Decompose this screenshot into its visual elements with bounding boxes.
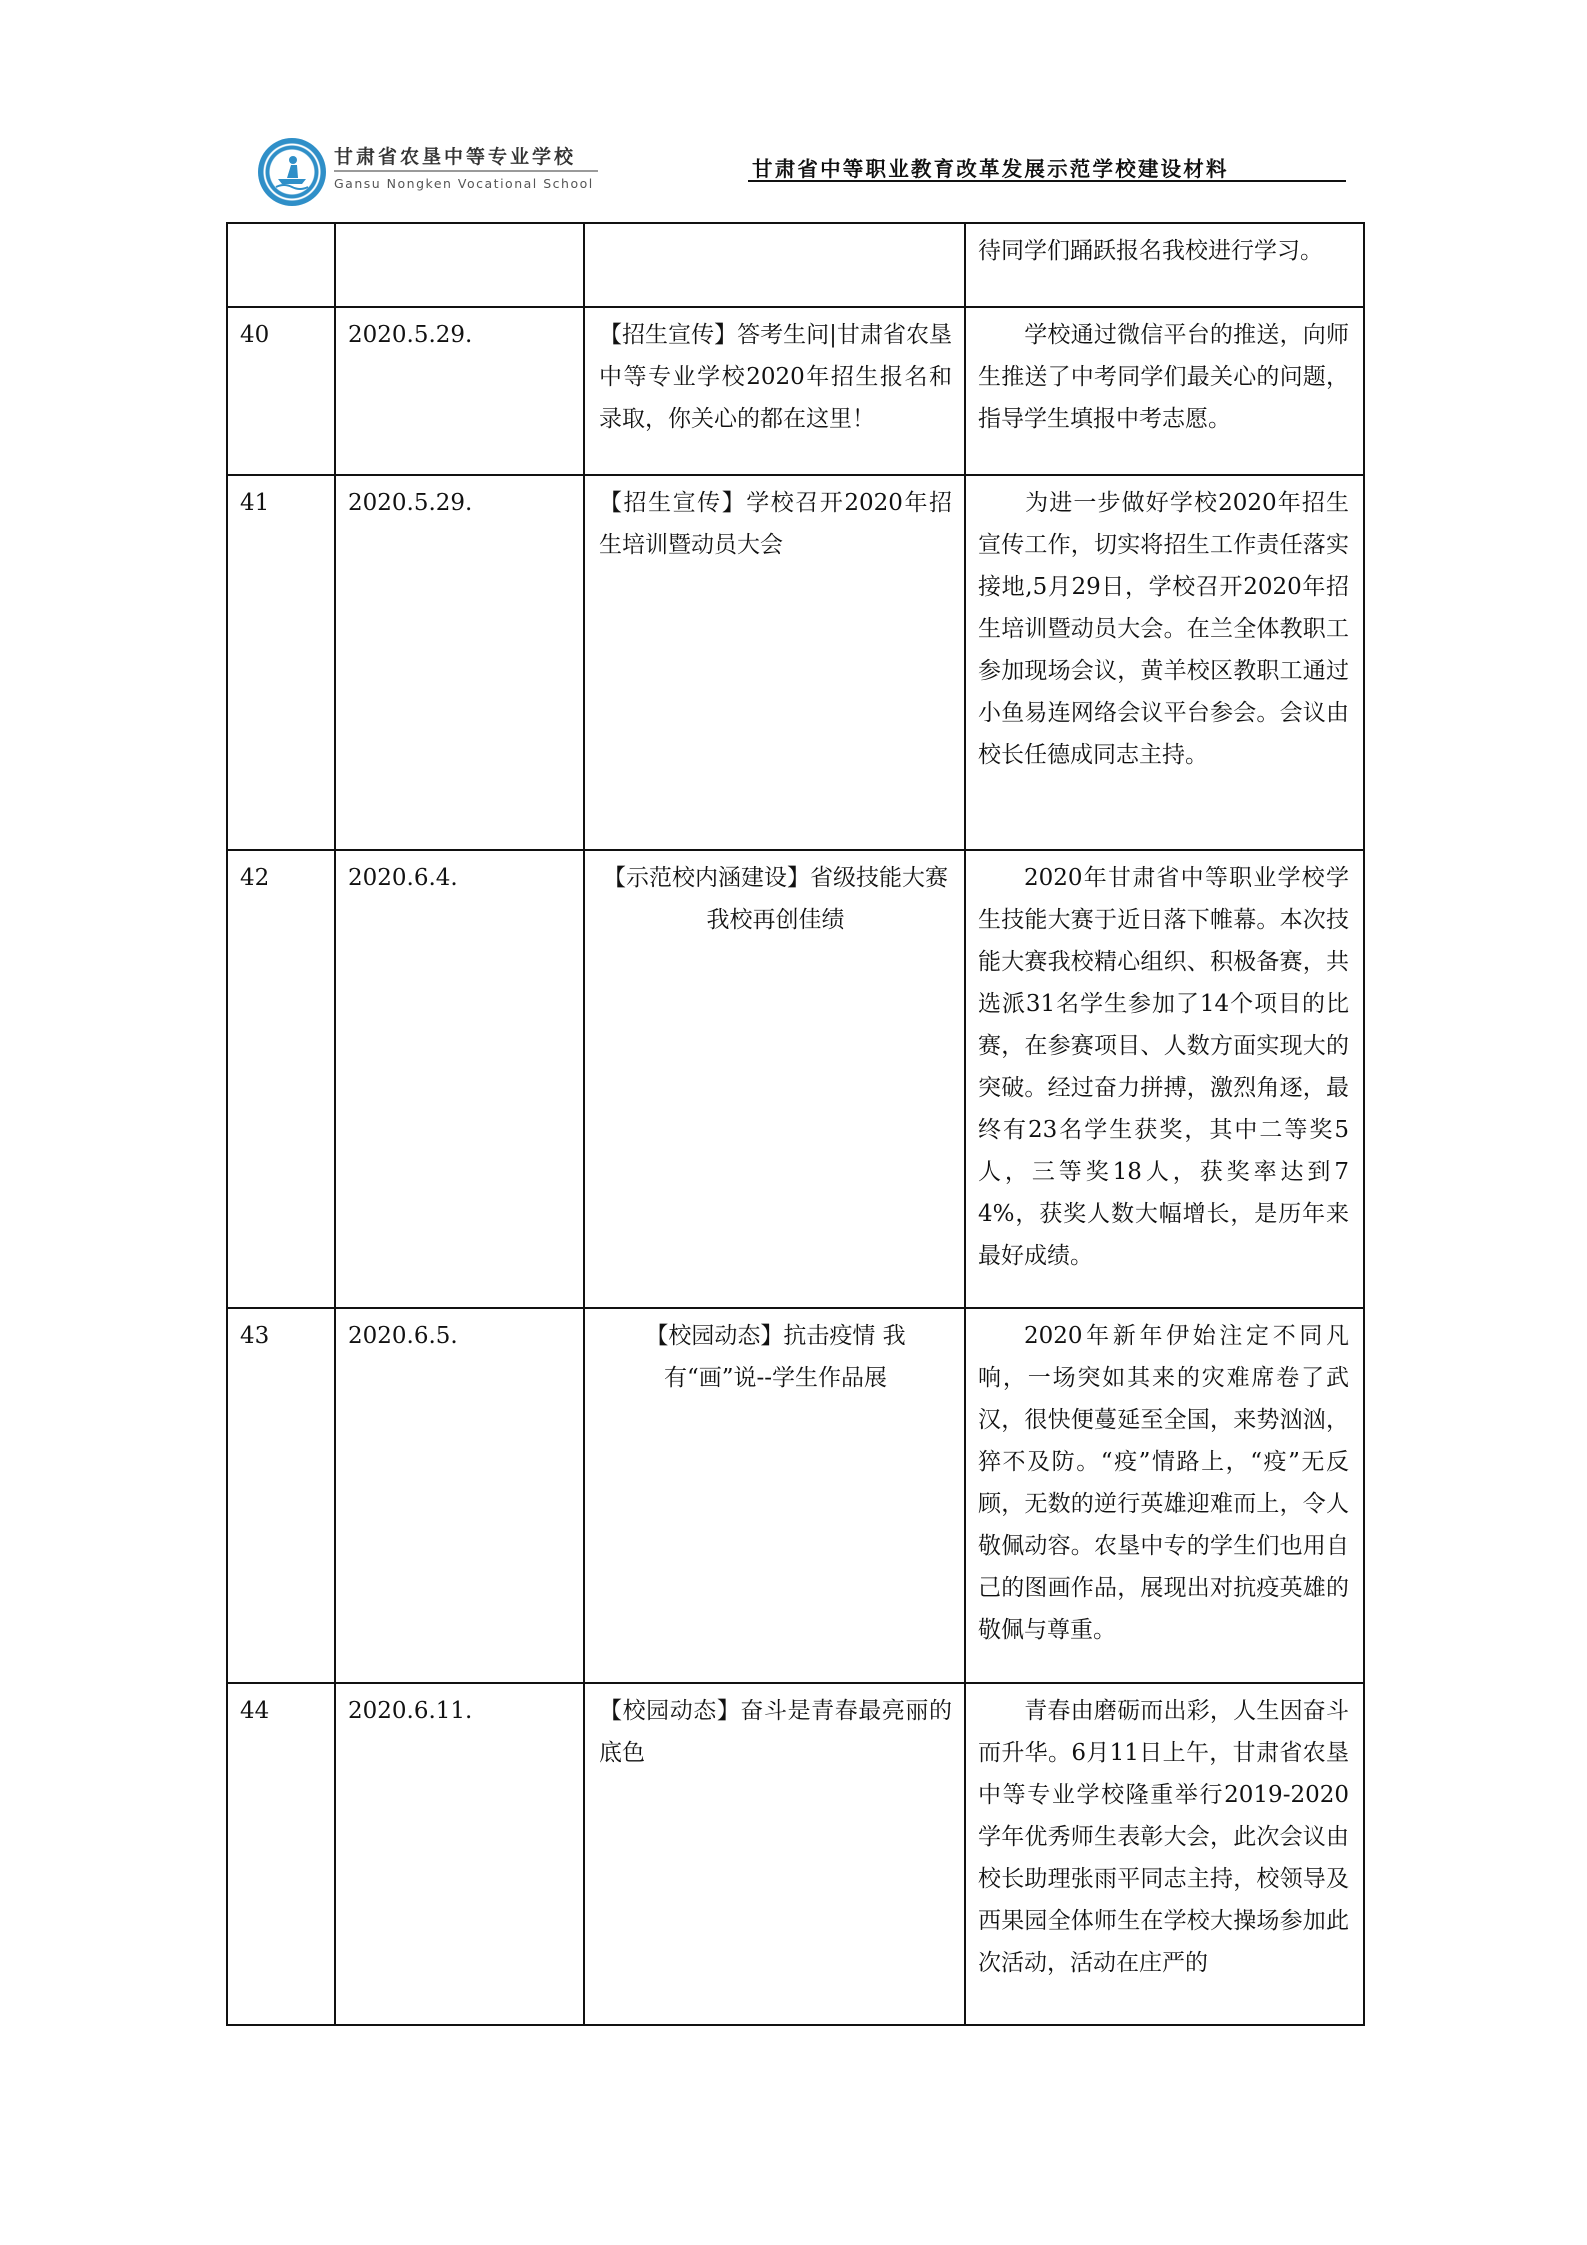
cell-no: 41	[227, 475, 335, 850]
school-name-en: Gansu Nongken Vocational School	[334, 176, 594, 191]
cell-no: 44	[227, 1683, 335, 2025]
cell-date: 2020.5.29.	[335, 475, 584, 850]
cell-desc: 2020年甘肃省中等职业学校学生技能大赛于近日落下帷幕。本次技能大赛我校精心组织…	[965, 850, 1364, 1308]
cell-title: 【校园动态】奋斗是青春最亮丽的底色	[584, 1683, 965, 2025]
table-row: 41 2020.5.29. 【招生宣传】学校召开2020年招生培训暨动员大会 为…	[227, 475, 1364, 850]
cell-desc-text: 青春由磨砺而出彩，人生因奋斗而升华。6月11日上午，甘肃省农垦中等专业学校隆重举…	[978, 1698, 1349, 1976]
cell-no: 42	[227, 850, 335, 1308]
school-emblem-icon	[258, 138, 326, 206]
table-row: 44 2020.6.11. 【校园动态】奋斗是青春最亮丽的底色 青春由磨砺而出彩…	[227, 1683, 1364, 2025]
cell-date: 2020.6.4.	[335, 850, 584, 1308]
cell-desc-text: 2020年新年伊始注定不同凡响，一场突如其来的灾难席卷了武汉，很快便蔓延至全国，…	[978, 1323, 1349, 1643]
cell-title: 【招生宣传】答考生问|甘肃省农垦中等专业学校2020年招生报名和录取，你关心的都…	[584, 307, 965, 475]
cell-desc-text: 学校通过微信平台的推送，向师生推送了中考同学们最关心的问题，指导学生填报中考志愿…	[978, 322, 1349, 432]
cell-desc-text: 为进一步做好学校2020年招生宣传工作，切实将招生工作责任落实接地,5月29日，…	[978, 490, 1349, 768]
page-header: 甘肃省农垦中等专业学校 Gansu Nongken Vocational Sch…	[0, 0, 1587, 220]
cell-date: 2020.6.11.	[335, 1683, 584, 2025]
document-title: 甘肃省中等职业教育改革发展示范学校建设材料	[752, 152, 1229, 182]
table-row-continued: 待同学们踊跃报名我校进行学习。	[227, 223, 1364, 307]
cell-desc: 2020年新年伊始注定不同凡响，一场突如其来的灾难席卷了武汉，很快便蔓延至全国，…	[965, 1308, 1364, 1683]
school-name-cn: 甘肃省农垦中等专业学校	[334, 142, 576, 169]
cell-desc: 青春由磨砺而出彩，人生因奋斗而升华。6月11日上午，甘肃省农垦中等专业学校隆重举…	[965, 1683, 1364, 2025]
table-row: 43 2020.6.5. 【校园动态】抗击疫情 我有“画”说--学生作品展 20…	[227, 1308, 1364, 1683]
cell-no: 43	[227, 1308, 335, 1683]
cell-title	[584, 223, 965, 307]
cell-desc: 待同学们踊跃报名我校进行学习。	[965, 223, 1364, 307]
cell-title: 【招生宣传】学校召开2020年招生培训暨动员大会	[584, 475, 965, 850]
table-row: 42 2020.6.4. 【示范校内涵建设】省级技能大赛 我校再创佳绩 2020…	[227, 850, 1364, 1308]
cell-desc: 为进一步做好学校2020年招生宣传工作，切实将招生工作责任落实接地,5月29日，…	[965, 475, 1364, 850]
cell-desc-text: 2020年甘肃省中等职业学校学生技能大赛于近日落下帷幕。本次技能大赛我校精心组织…	[978, 865, 1349, 1269]
cell-date: 2020.5.29.	[335, 307, 584, 475]
cell-title: 【示范校内涵建设】省级技能大赛 我校再创佳绩	[584, 850, 965, 1308]
header-underline	[748, 180, 1346, 182]
cell-date	[335, 223, 584, 307]
cell-desc: 学校通过微信平台的推送，向师生推送了中考同学们最关心的问题，指导学生填报中考志愿…	[965, 307, 1364, 475]
logo-divider	[334, 170, 598, 172]
cell-title: 【校园动态】抗击疫情 我有“画”说--学生作品展	[584, 1308, 965, 1683]
cell-date: 2020.6.5.	[335, 1308, 584, 1683]
publicity-record-table: 待同学们踊跃报名我校进行学习。 40 2020.5.29. 【招生宣传】答考生问…	[226, 222, 1365, 2026]
sailboat-icon	[272, 152, 312, 192]
cell-no: 40	[227, 307, 335, 475]
table-row: 40 2020.5.29. 【招生宣传】答考生问|甘肃省农垦中等专业学校2020…	[227, 307, 1364, 475]
school-logo: 甘肃省农垦中等专业学校 Gansu Nongken Vocational Sch…	[256, 136, 616, 208]
cell-no	[227, 223, 335, 307]
